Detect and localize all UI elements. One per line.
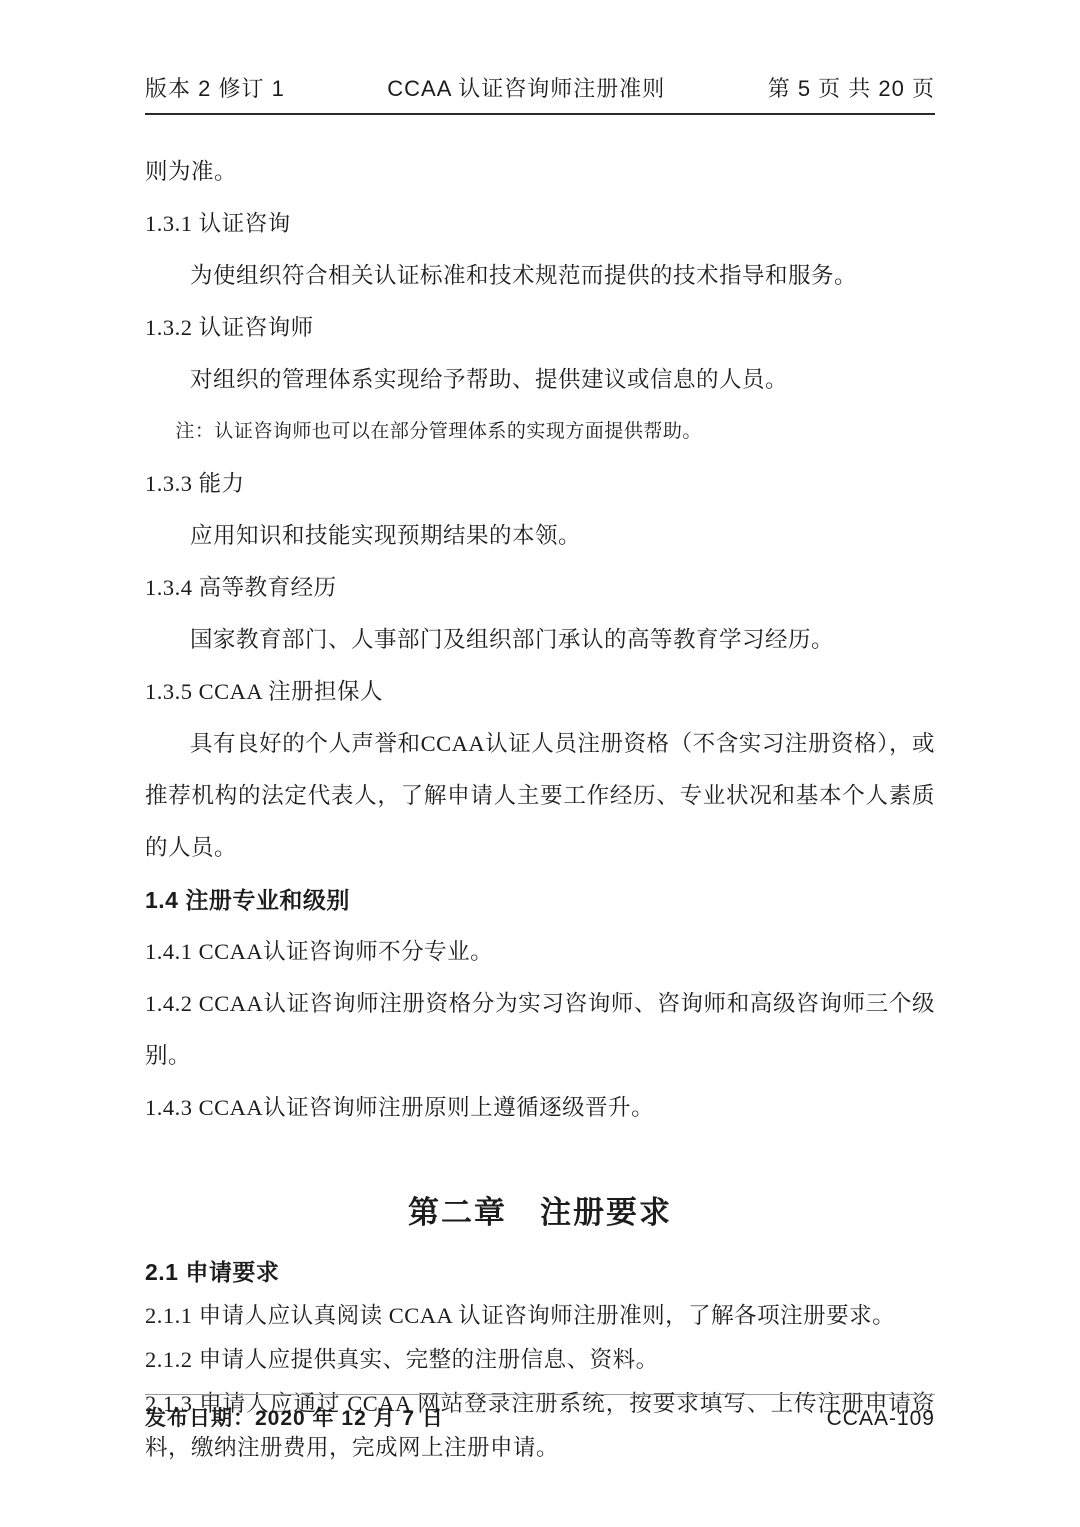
clause-1-3-2-title: 1.3.2 认证咨询师 [145, 302, 935, 354]
clause-1-4-2: 1.4.2 CCAA认证咨询师注册资格分为实习咨询师、咨询师和高级咨询师三个级别… [145, 978, 935, 1082]
clause-1-3-5-text: 具有良好的个人声誉和CCAA认证人员注册资格（不含实习注册资格），或推荐机构的法… [145, 718, 935, 874]
section-2-1-heading: 2.1 申请要求 [145, 1250, 935, 1294]
footer-doc-number: CCAA-109 [827, 1407, 935, 1431]
header-divider [145, 113, 935, 115]
clause-1-3-2-text: 对组织的管理体系实现给予帮助、提供建议或信息的人员。 [145, 354, 935, 406]
clause-2-1-1: 2.1.1 申请人应认真阅读 CCAA 认证咨询师注册准则，了解各项注册要求。 [145, 1294, 935, 1338]
page-footer: 发布日期：2020 年 12 月 7 日 CCAA-109 [145, 1402, 935, 1432]
clause-1-3-1-title: 1.3.1 认证咨询 [145, 198, 935, 250]
header-page-number: 第 5 页 共 20 页 [768, 72, 935, 103]
clause-1-3-5-title: 1.3.5 CCAA 注册担保人 [145, 666, 935, 718]
footer-publish-date: 发布日期：2020 年 12 月 7 日 [145, 1402, 444, 1432]
header-version: 版本 2 修订 1 [145, 72, 285, 103]
paragraph-continuation: 则为准。 [145, 146, 935, 198]
section-1-4-heading: 1.4 注册专业和级别 [145, 874, 935, 926]
document-page: 版本 2 修订 1 CCAA 认证咨询师注册准则 第 5 页 共 20 页 则为… [0, 0, 1080, 1527]
clause-1-3-1-text: 为使组织符合相关认证标准和技术规范而提供的技术指导和服务。 [145, 250, 935, 302]
clause-1-3-3-title: 1.3.3 能力 [145, 458, 935, 510]
page-header: 版本 2 修订 1 CCAA 认证咨询师注册准则 第 5 页 共 20 页 [145, 72, 935, 103]
document-body: 则为准。 1.3.1 认证咨询 为使组织符合相关认证标准和技术规范而提供的技术指… [145, 146, 935, 1470]
clause-1-3-4-title: 1.3.4 高等教育经历 [145, 562, 935, 614]
clause-2-1-2: 2.1.2 申请人应提供真实、完整的注册信息、资料。 [145, 1338, 935, 1382]
chapter-2-title: 第二章 注册要求 [145, 1190, 935, 1236]
header-doc-title: CCAA 认证咨询师注册准则 [387, 72, 665, 103]
clause-1-4-1: 1.4.1 CCAA认证咨询师不分专业。 [145, 926, 935, 978]
clause-1-3-3-text: 应用知识和技能实现预期结果的本领。 [145, 510, 935, 562]
footer-divider [145, 1394, 935, 1395]
clause-1-3-4-text: 国家教育部门、人事部门及组织部门承认的高等教育学习经历。 [145, 614, 935, 666]
clause-1-4-3: 1.4.3 CCAA认证咨询师注册原则上遵循逐级晋升。 [145, 1082, 935, 1134]
clause-1-3-2-note: 注：认证咨询师也可以在部分管理体系的实现方面提供帮助。 [145, 406, 935, 458]
